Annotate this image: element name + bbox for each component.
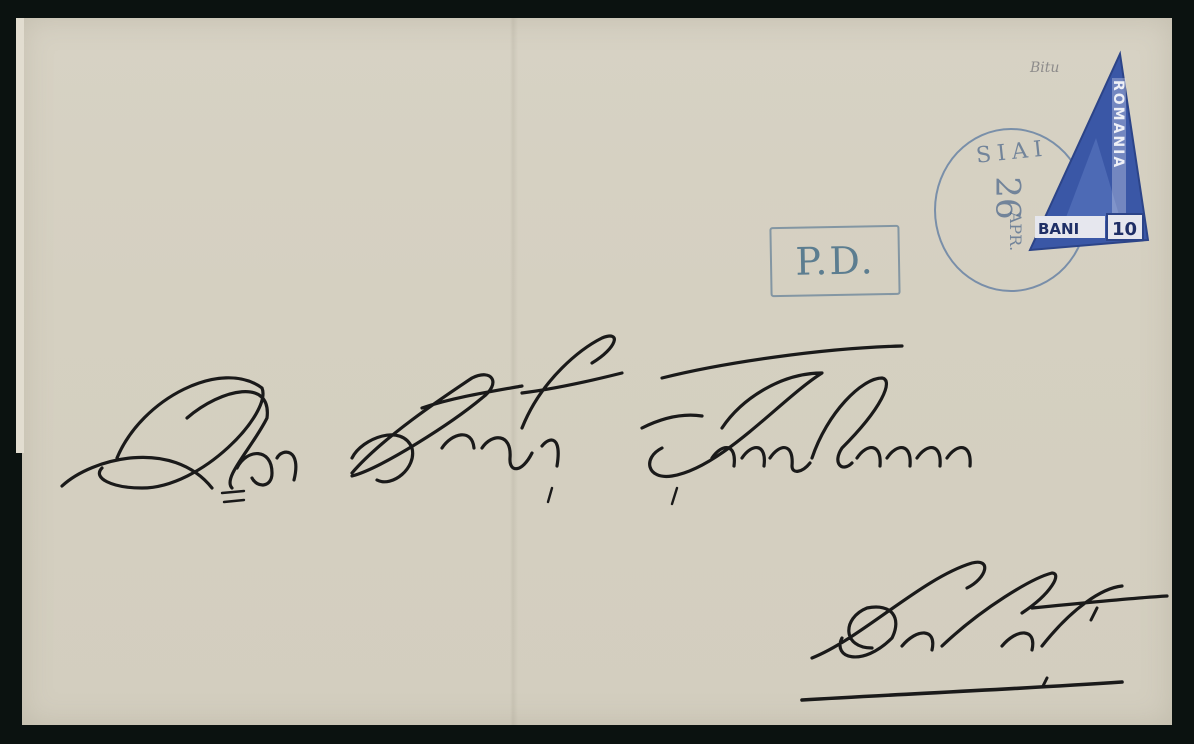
postal-cover: Bitu P.D. SIAI 26 APR. BANI 10 ROMANIA xyxy=(22,18,1172,725)
handwritten-address xyxy=(22,18,1172,725)
